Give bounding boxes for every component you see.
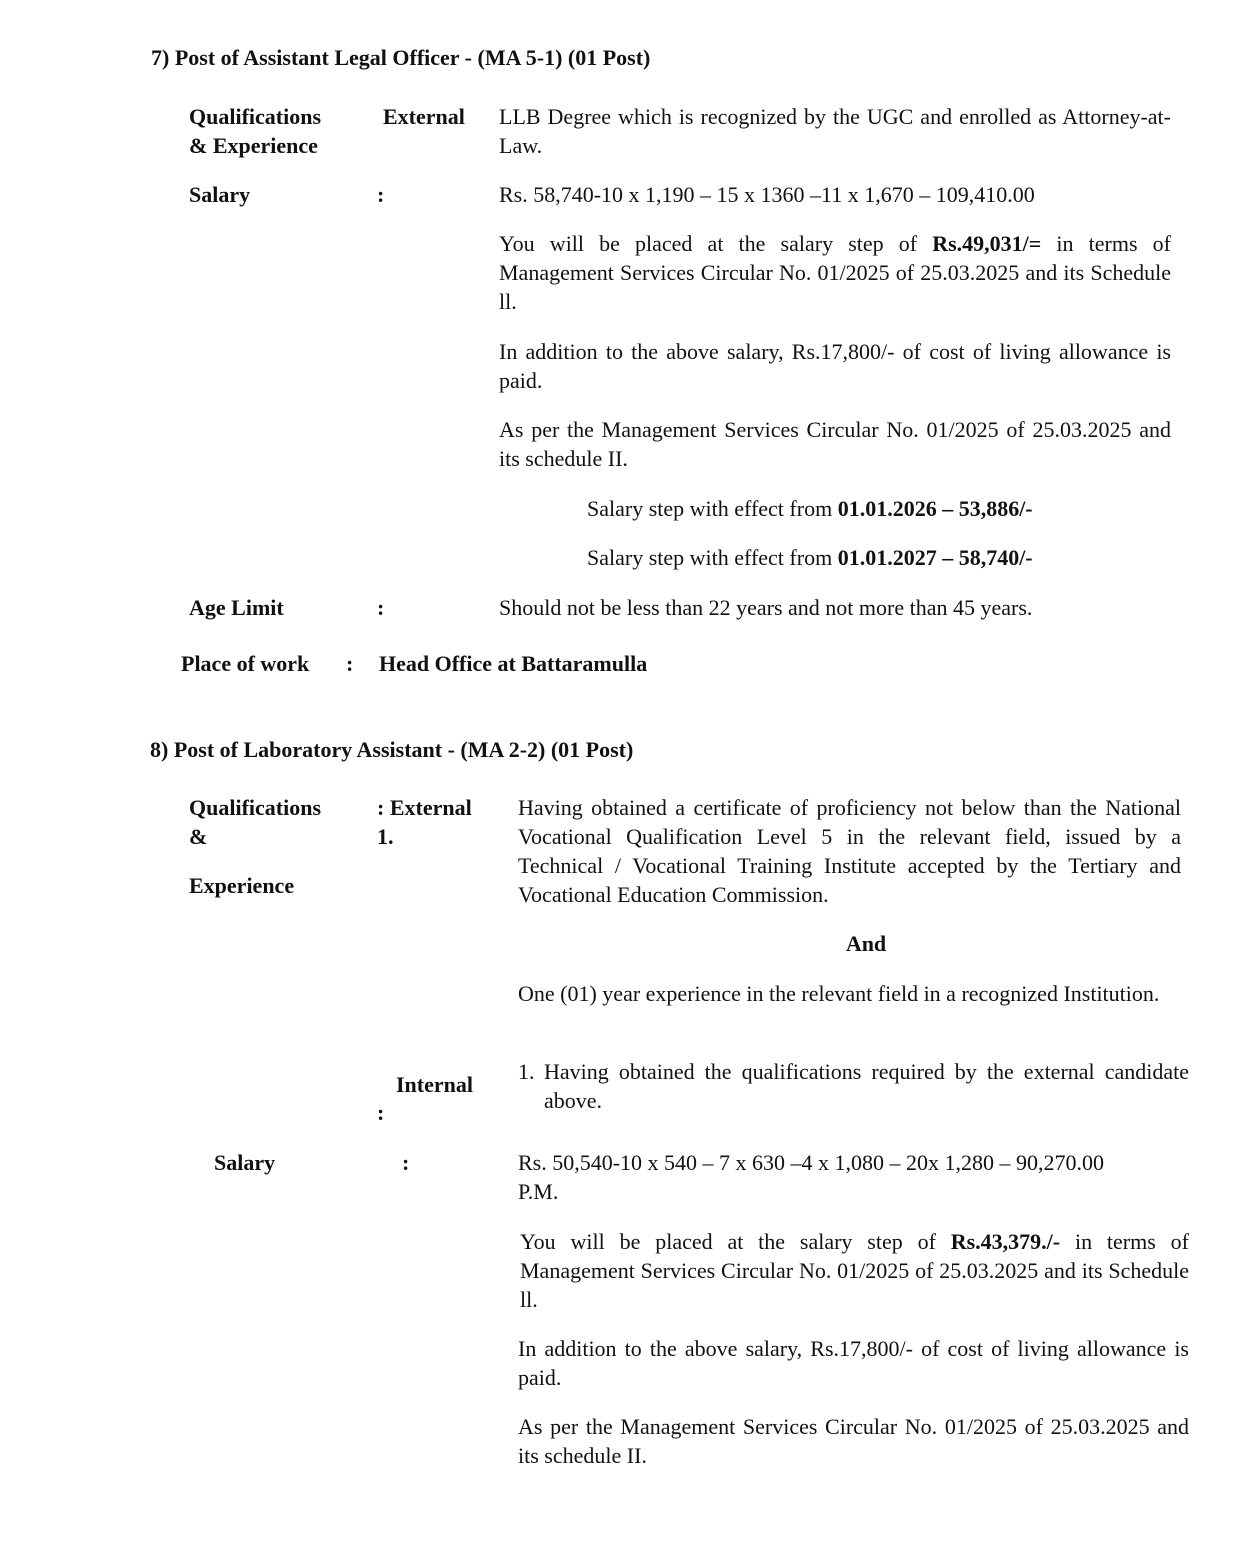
external-label: : External 1.: [377, 793, 472, 851]
external-label-text: : External: [377, 793, 472, 822]
and-conjunction: And: [518, 929, 1214, 958]
salary-colon: :: [377, 180, 384, 209]
future-step-prefix: Salary step with effect from: [587, 545, 838, 570]
salary-scale: Rs. 58,740-10 x 1,190 – 15 x 1360 –11 x …: [499, 180, 1035, 209]
age-limit-label: Age Limit: [189, 593, 284, 622]
future-step-value: 01.01.2027 – 58,740/-: [838, 545, 1033, 570]
salary-step-paragraph: You will be placed at the salary step of…: [520, 1227, 1189, 1314]
salary-scale: Rs. 50,540-10 x 540 – 7 x 630 –4 x 1,080…: [518, 1148, 1241, 1206]
internal-qualification-text: Having obtained the qualifications requi…: [544, 1057, 1189, 1115]
salary-scale-suffix: P.M.: [518, 1177, 1241, 1206]
salary-scale-text: Rs. 50,540-10 x 540 – 7 x 630 –4 x 1,080…: [518, 1148, 1241, 1177]
salary-step-amount: Rs.43,379./-: [951, 1229, 1060, 1254]
experience-text: One (01) year experience in the relevant…: [518, 979, 1181, 1008]
external-qualification-text: Having obtained a certificate of profici…: [518, 793, 1181, 909]
internal-item-number: 1.: [518, 1057, 544, 1115]
internal-label: Internal: [396, 1070, 473, 1099]
salary-colon: :: [402, 1148, 409, 1177]
circular-paragraph: As per the Management Services Circular …: [518, 1412, 1189, 1470]
qualifications-label-line1: Qualifications: [189, 102, 321, 131]
age-limit-text: Should not be less than 22 years and not…: [499, 593, 1032, 622]
internal-qualification: 1. Having obtained the qualifications re…: [518, 1057, 1189, 1115]
salary-step-amount: Rs.49,031/=: [932, 231, 1041, 256]
circular-paragraph: As per the Management Services Circular …: [499, 415, 1171, 473]
external-label: External: [383, 102, 465, 131]
place-of-work-colon: :: [346, 649, 353, 678]
salary-label: Salary: [214, 1148, 275, 1177]
future-salary-step-2: Salary step with effect from 01.01.2027 …: [587, 543, 1033, 572]
qualifications-label: Qualifications & Experience: [189, 793, 321, 900]
external-item-number: 1.: [377, 822, 472, 851]
place-of-work-value: Head Office at Battaramulla: [379, 649, 647, 678]
future-salary-step-1: Salary step with effect from 01.01.2026 …: [587, 494, 1033, 523]
qualifications-label-line2: & Experience: [189, 131, 321, 160]
section-7-heading: 7) Post of Assistant Legal Officer - (MA…: [151, 45, 650, 71]
salary-step-text: You will be placed at the salary step of: [520, 1229, 951, 1254]
qualifications-label: Qualifications & Experience: [189, 102, 321, 160]
qualification-text: LLB Degree which is recognized by the UG…: [499, 102, 1171, 160]
qualifications-label-line1: Qualifications: [189, 793, 321, 822]
future-step-prefix: Salary step with effect from: [587, 496, 838, 521]
place-of-work-label: Place of work: [181, 649, 309, 678]
salary-step-text: You will be placed at the salary step of: [499, 231, 932, 256]
salary-step-paragraph: You will be placed at the salary step of…: [499, 229, 1171, 316]
section-8-heading: 8) Post of Laboratory Assistant - (MA 2-…: [150, 737, 633, 763]
age-limit-colon: :: [377, 593, 384, 622]
qualifications-label-line2: &: [189, 822, 321, 851]
allowance-paragraph: In addition to the above salary, Rs.17,8…: [499, 337, 1171, 395]
salary-label: Salary: [189, 180, 250, 209]
allowance-paragraph: In addition to the above salary, Rs.17,8…: [518, 1334, 1189, 1392]
internal-colon: :: [377, 1098, 384, 1127]
qualifications-label-line3: Experience: [189, 871, 321, 900]
future-step-value: 01.01.2026 – 53,886/-: [838, 496, 1033, 521]
